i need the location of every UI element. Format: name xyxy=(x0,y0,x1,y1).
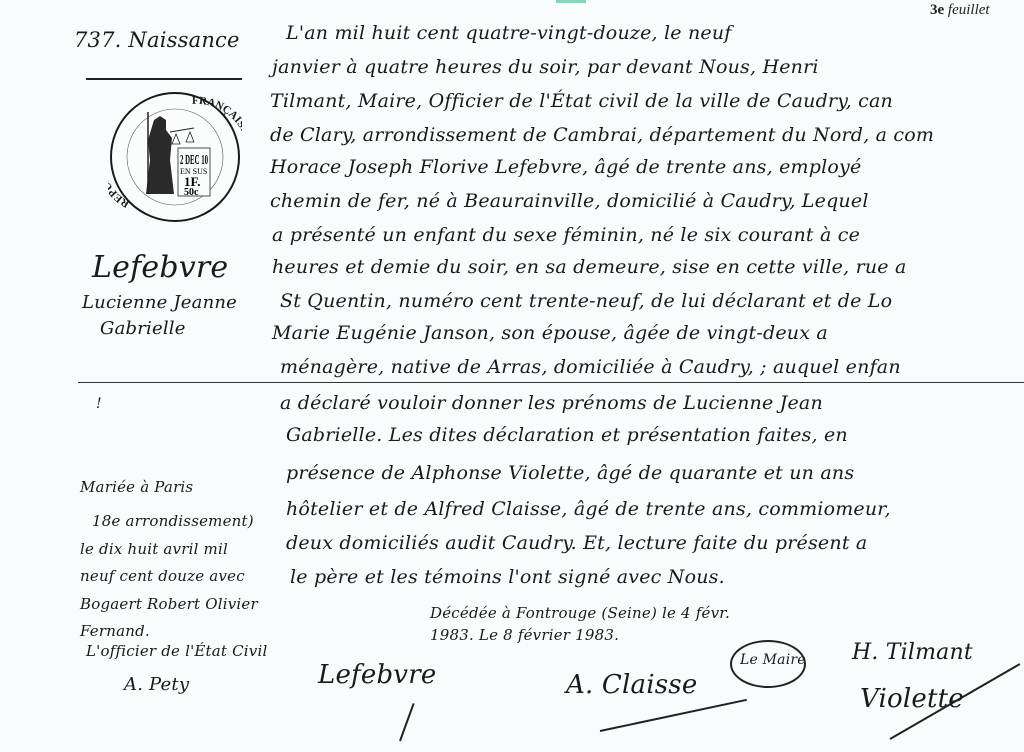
body-line: présence de Alphonse Violette, âgé de qu… xyxy=(286,462,854,484)
signature-father: Lefebvre xyxy=(318,660,436,690)
marginal-note-line: Mariée à Paris xyxy=(80,478,193,496)
marginal-note-line: 18e arrondissement) xyxy=(92,512,254,530)
body-line: Marie Eugénie Janson, son épouse, âgée d… xyxy=(272,322,828,344)
mayor-seal-icon: Le Maire xyxy=(730,640,806,688)
marginal-note-line: Bogaert Robert Olivier xyxy=(80,595,258,613)
body-line: a présenté un enfant du sexe féminin, né… xyxy=(272,224,860,246)
marginal-note-line: L'officier de l'État Civil xyxy=(86,642,267,660)
body-line: deux domiciliés audit Caudry. Et, lectur… xyxy=(286,532,867,554)
header-divider xyxy=(86,78,242,80)
signature-flourish xyxy=(600,699,747,732)
death-annotation-line-1: Décédée à Fontrouge (Seine) le 4 févr. xyxy=(430,604,730,622)
margin-mark: ! xyxy=(96,396,102,412)
tax-stamp-icon: REPUBLIQUE FRANÇAISE 2 DEC 10 EN SUS 1F.… xyxy=(108,90,242,224)
body-line: a déclaré vouloir donner les prénoms de … xyxy=(280,392,823,414)
margin-given-names-1: Lucienne Jeanne xyxy=(82,292,237,313)
signature-flourish xyxy=(399,703,415,741)
signature-witness-violette: Violette xyxy=(860,684,964,714)
body-line: L'an mil huit cent quatre-vingt-douze, l… xyxy=(286,22,732,44)
sheet-word: feuillet xyxy=(948,2,990,18)
body-line: heures et demie du soir, en sa demeure, … xyxy=(272,256,907,278)
death-annotation-line-2: 1983. Le 8 février 1983. xyxy=(430,626,619,644)
civil-registry-page: 737. Naissance 3e feuillet REPUBLIQUE FR… xyxy=(0,0,1024,752)
marginal-note-line: le dix huit avril mil xyxy=(80,540,228,558)
body-line: le père et les témoins l'ont signé avec … xyxy=(290,566,725,588)
body-line: Gabrielle. Les dites déclaration et prés… xyxy=(286,424,848,446)
scan-edge-marker xyxy=(556,0,586,3)
section-divider xyxy=(78,382,1024,383)
signature-mayor: H. Tilmant xyxy=(852,640,973,665)
body-line: hôtelier et de Alfred Claisse, âgé de tr… xyxy=(286,498,891,520)
marginal-note-signature: A. Pety xyxy=(124,674,189,695)
stamp-value-4: 50c xyxy=(184,187,199,198)
margin-surname: Lefebvre xyxy=(92,250,228,285)
body-line: de Clary, arrondissement de Cambrai, dép… xyxy=(270,124,934,146)
body-line: chemin de fer, né à Beaurainville, domic… xyxy=(270,190,869,212)
stamp-value-1: 2 DEC 10 xyxy=(180,153,208,168)
sheet-number: 3e xyxy=(930,2,944,18)
body-line: janvier à quatre heures du soir, par dev… xyxy=(272,56,819,78)
marginal-note-line: neuf cent douze avec xyxy=(80,567,245,585)
seal-text: Le Maire xyxy=(740,652,806,668)
body-line: St Quentin, numéro cent trente-neuf, de … xyxy=(280,290,892,312)
sheet-label: 3e feuillet xyxy=(930,2,990,19)
body-line: ménagère, native de Arras, domiciliée à … xyxy=(280,356,901,378)
body-line: Horace Joseph Florive Lefebvre, âgé de t… xyxy=(270,156,861,178)
marginal-note-line: Fernand. xyxy=(80,622,150,640)
margin-given-names-2: Gabrielle xyxy=(100,318,186,339)
body-line: Tilmant, Maire, Officier de l'État civil… xyxy=(270,90,893,112)
signature-witness-claisse: A. Claisse xyxy=(566,670,697,700)
entry-title: 737. Naissance xyxy=(74,28,240,52)
